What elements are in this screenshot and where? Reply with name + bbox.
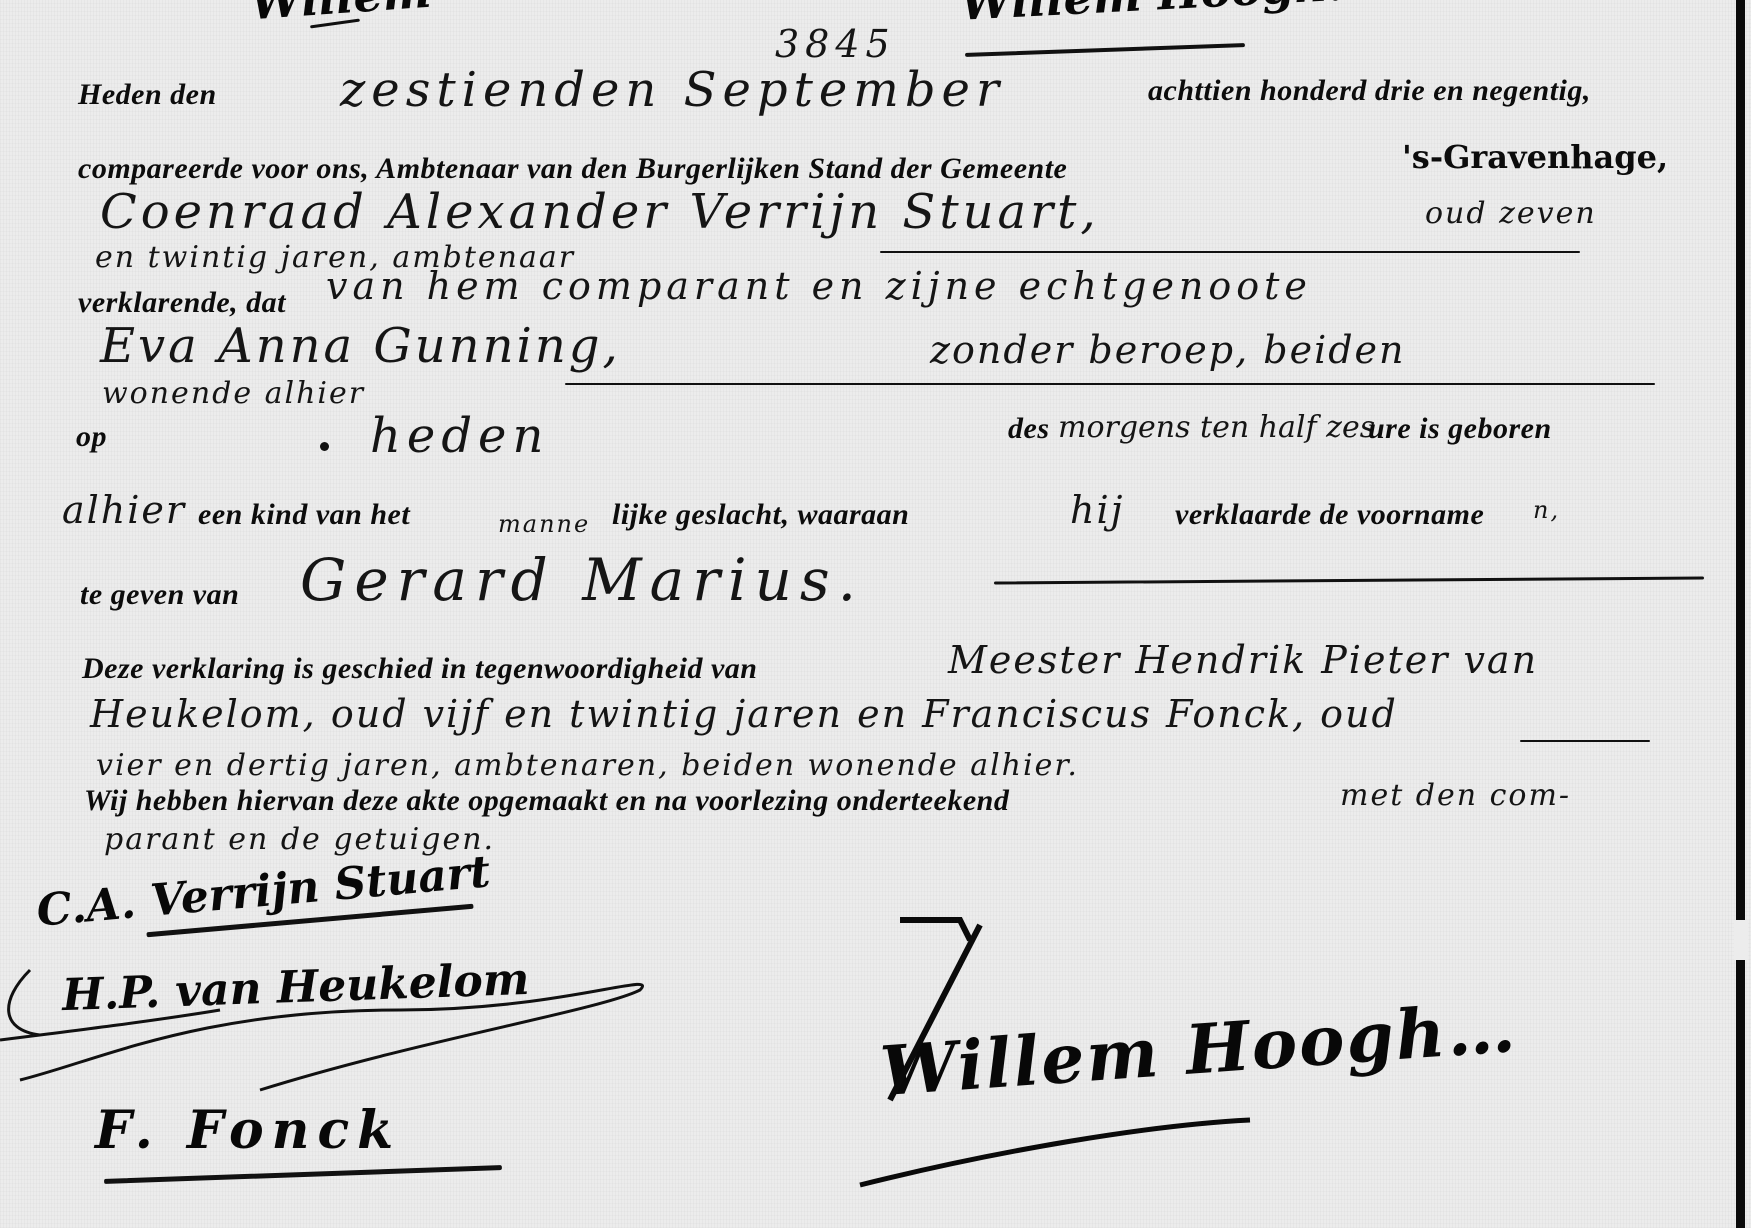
- handwritten-sex: manne: [498, 510, 590, 538]
- handwritten-met-den-comparant: met den com-: [1340, 778, 1571, 813]
- printed-year: achttien honderd drie en negentig,: [1148, 74, 1591, 108]
- page-border-line: [1736, 0, 1745, 1228]
- handwritten-mother-occupation: zonder beroep, beiden: [930, 328, 1406, 372]
- handwritten-residence: wonende alhier: [102, 376, 365, 411]
- handwritten-witness1-details: Heukelom, oud vijf en twintig jaren en F…: [90, 692, 1398, 736]
- handwritten-birth-time: morgens ten half zes: [1058, 410, 1375, 445]
- handwritten-hij: hij: [1070, 488, 1124, 532]
- signature-witness2: F. Fonck: [95, 1100, 401, 1161]
- handwritten-declarant-age-start: oud zeven: [1425, 196, 1597, 231]
- top-underline-right: [965, 43, 1245, 57]
- handwritten-relation: van hem comparant en zijne echtgenoote: [326, 264, 1312, 308]
- handwritten-witness1-name: Meester Hendrik Pieter van: [948, 638, 1538, 682]
- handwritten-birth-place: alhier: [62, 488, 186, 532]
- printed-op: op: [76, 420, 107, 454]
- handwritten-declarant-name: Coenraad Alexander Verrijn Stuart,: [100, 184, 1100, 240]
- printed-heden-den: Heden den: [78, 78, 217, 112]
- printed-een-kind: een kind van het: [198, 498, 410, 532]
- act-number: 3845: [775, 22, 896, 66]
- handwritten-date: zestienden September: [340, 62, 1005, 118]
- handwritten-voornamen-suffix: n,: [1533, 496, 1560, 524]
- form-rule: [565, 383, 1655, 385]
- top-signature-fragment-left: Willem: [248, 0, 433, 30]
- handwritten-birth-date: heden: [370, 408, 549, 464]
- handwritten-mother-name: Eva Anna Gunning,: [100, 318, 621, 374]
- top-signature-fragment-right: Willem Hoogh…: [959, 0, 1375, 31]
- form-rule: [880, 251, 1580, 253]
- printed-lijke-geslacht: lijke geslacht, waaraan: [612, 498, 909, 532]
- ink-dot: [320, 442, 329, 451]
- printed-verklaarde: verklaarde de voorname: [1175, 498, 1484, 532]
- printed-te-geven-van: te geven van: [80, 578, 239, 612]
- signature-underline: [104, 1165, 502, 1184]
- page-border-gap: [1734, 920, 1748, 960]
- printed-place-gravenhage: 's-Gravenhage,: [1402, 138, 1668, 176]
- printed-compareerde: compareerde voor ons, Ambtenaar van den …: [78, 152, 1067, 186]
- handwritten-witness2-details: vier en dertig jaren, ambtenaren, beiden…: [96, 748, 1079, 783]
- printed-verklarende: verklarende, dat: [78, 286, 286, 320]
- printed-wij-hebben: Wij hebben hiervan deze akte opgemaakt e…: [84, 784, 1009, 818]
- form-rule: [1520, 740, 1650, 742]
- signature-registrar-strokes: [850, 900, 1410, 1200]
- printed-ure-is-geboren: ure is geboren: [1368, 412, 1552, 446]
- form-rule: [994, 577, 1704, 585]
- printed-deze-verklaring: Deze verklaring is geschied in tegenwoor…: [82, 652, 757, 686]
- handwritten-child-name: Gerard Marius.: [300, 546, 864, 614]
- printed-des: des: [1008, 412, 1050, 446]
- certificate-page: Willem Willem Hoogh… 3845 Heden den zest…: [0, 0, 1751, 1228]
